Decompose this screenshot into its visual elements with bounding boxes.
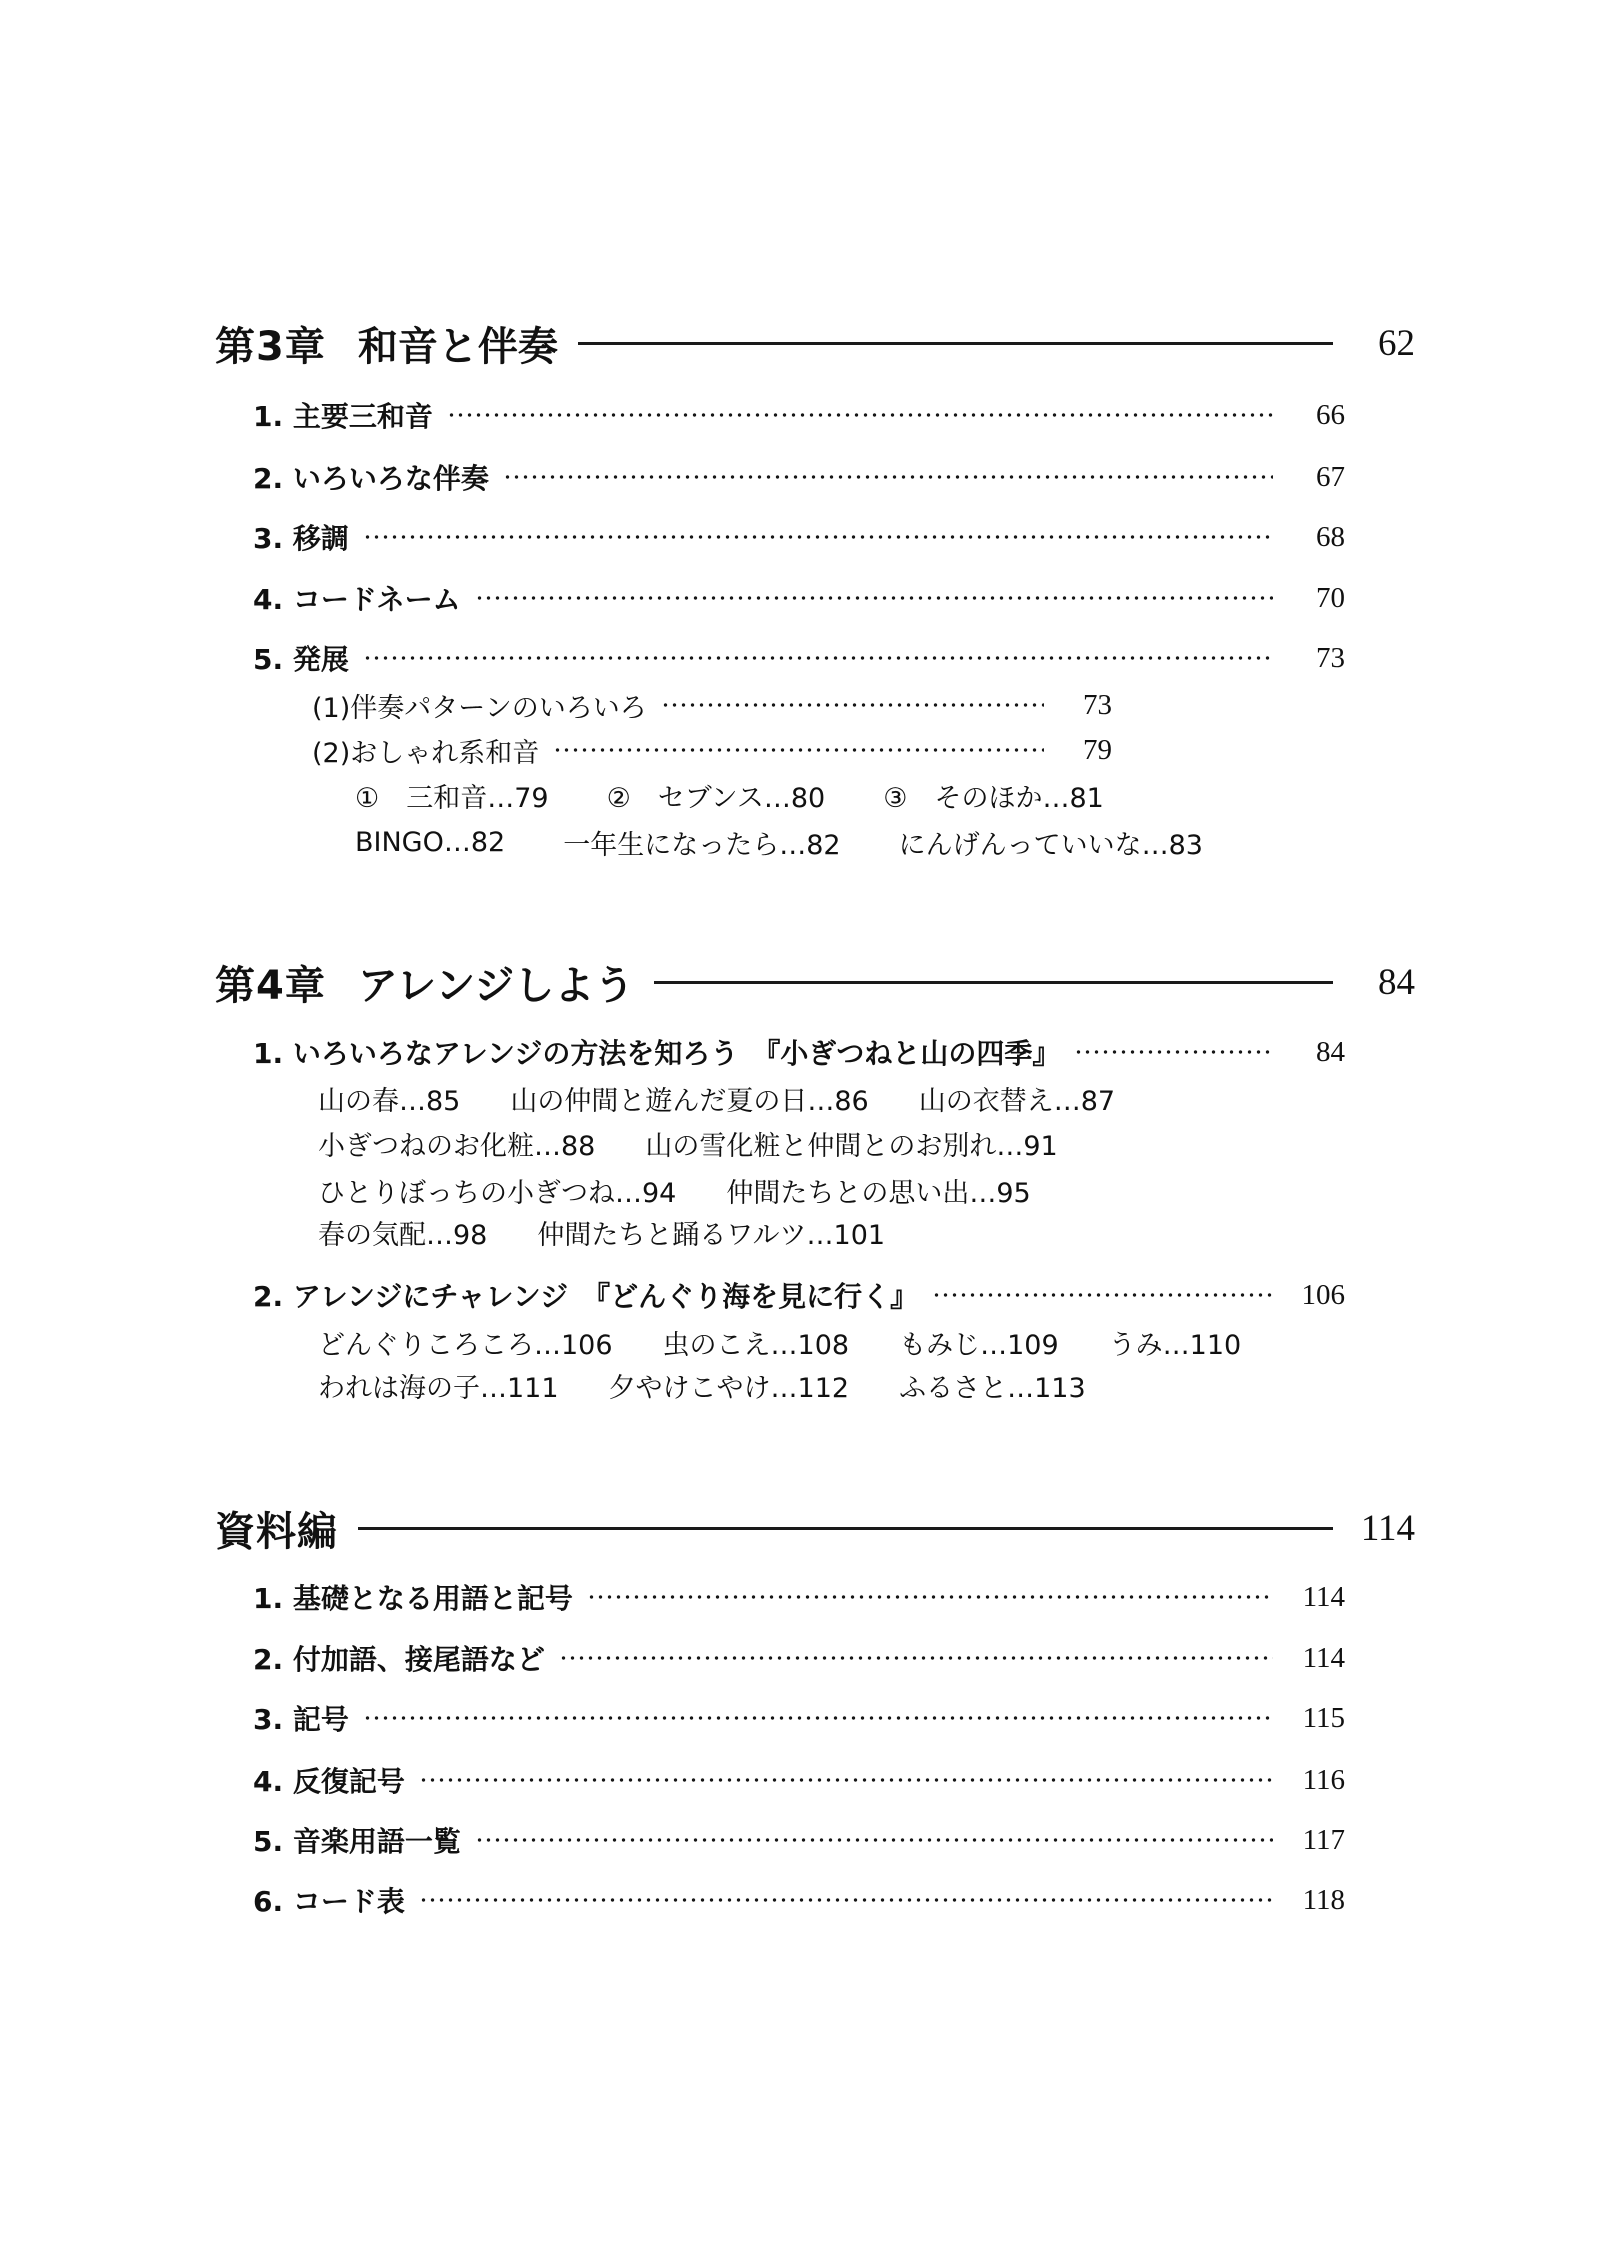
shiryo-heading: 資料編 114: [215, 1500, 1415, 1556]
entry-label: 3. 記号: [253, 1698, 349, 1738]
dot-leader: [661, 700, 1044, 710]
chapter4-title: アレンジしよう: [358, 954, 634, 1011]
toc-entry-shiryo-1: 1. 基礎となる用語と記号 114: [253, 1577, 1345, 1617]
dot-leader: [503, 472, 1273, 482]
entry-label: 4. コードネーム: [253, 578, 461, 618]
song-entry: 山の衣替え…87: [919, 1079, 1115, 1118]
chapter4-number: 第4章: [215, 954, 326, 1011]
subentry-label: (2)おしゃれ系和音: [312, 731, 539, 770]
entry-label: 6. コード表: [253, 1880, 405, 1920]
dot-leader: [447, 410, 1273, 420]
song-entry: 仲間たちと踊るワルツ…101: [537, 1213, 885, 1252]
entry-page-number: 66: [1289, 399, 1345, 432]
song-entry: BINGO…82: [355, 827, 505, 858]
song-entry: ふるさと…113: [899, 1366, 1086, 1405]
song-entry: ひとりぼっちの小ぎつね…94: [318, 1171, 676, 1210]
toc-entry-shiryo-3: 3. 記号 115: [253, 1698, 1345, 1738]
toc-song-line-ch3: BINGO…82 一年生になったら…82 にんげんっていいな…83: [355, 822, 1600, 862]
entry-label: 2. いろいろな伴奏: [253, 457, 489, 497]
toc-entry-ch3-2: 2. いろいろな伴奏 67: [253, 457, 1345, 497]
entry-page-number: 116: [1289, 1764, 1345, 1797]
entry-label: 4. 反復記号: [253, 1760, 405, 1800]
subentry-label: (1)伴奏パターンのいろいろ: [312, 686, 647, 725]
chapter4-heading: 第4章 アレンジしよう 84: [215, 954, 1415, 1010]
toc-page: 第3章 和音と伴奏 62 1. 主要三和音 66 2. いろいろな伴奏 67 3…: [0, 0, 1600, 2263]
toc-entry-shiryo-4: 4. 反復記号 116: [253, 1760, 1345, 1800]
song-entry: 小ぎつねのお化粧…88: [318, 1124, 595, 1163]
toc-song-line: 小ぎつねのお化粧…88 山の雪化粧と仲間とのお別れ…91: [318, 1123, 1600, 1163]
toc-subentry-ch3-2: (2)おしゃれ系和音 79: [312, 730, 1112, 770]
song-entry: 虫のこえ…108: [663, 1323, 850, 1362]
song-entry: われは海の子…111: [318, 1366, 559, 1405]
entry-label: 5. 音楽用語一覧: [253, 1820, 461, 1860]
song-entry: 山の雪化粧と仲間とのお別れ…91: [645, 1124, 1057, 1163]
entry-page-number: 70: [1289, 582, 1345, 615]
entry-page-number: 67: [1289, 461, 1345, 494]
circled-entry: ③ そのほか…81: [883, 776, 1104, 815]
toc-song-line: 山の春…85 山の仲間と遊んだ夏の日…86 山の衣替え…87: [318, 1078, 1600, 1118]
toc-song-line: われは海の子…111 夕やけこやけ…112 ふるさと…113: [318, 1365, 1600, 1405]
song-entry: 仲間たちとの思い出…95: [726, 1171, 1030, 1210]
dot-leader: [363, 1713, 1273, 1723]
toc-subentry-ch3-1: (1)伴奏パターンのいろいろ 73: [312, 685, 1112, 725]
dot-leader: [475, 1835, 1273, 1845]
subentry-page-number: 79: [1060, 734, 1112, 767]
circled-entry: ② セブンス…80: [607, 776, 826, 815]
song-entry: 山の仲間と遊んだ夏の日…86: [510, 1079, 868, 1118]
song-entry: にんげんっていいな…83: [899, 823, 1203, 862]
shiryo-page-number: 114: [1351, 1507, 1415, 1550]
dot-leader: [363, 532, 1273, 542]
subentry-page-number: 73: [1060, 689, 1112, 722]
song-entry: 一年生になったら…82: [563, 823, 840, 862]
toc-entry-shiryo-6: 6. コード表 118: [253, 1880, 1345, 1920]
entry-label: 1. いろいろなアレンジの方法を知ろう 『小ぎつねと山の四季』: [253, 1032, 1060, 1072]
entry-page-number: 118: [1289, 1884, 1345, 1917]
entry-page-number: 84: [1289, 1036, 1345, 1069]
dot-leader: [559, 1653, 1273, 1663]
entry-page-number: 114: [1289, 1642, 1345, 1675]
toc-song-line: ひとりぼっちの小ぎつね…94 仲間たちとの思い出…95: [318, 1170, 1600, 1210]
chapter3-page-number: 62: [1351, 322, 1415, 365]
toc-entry-ch4-2: 2. アレンジにチャレンジ 『どんぐり海を見に行く』 106: [253, 1275, 1345, 1315]
shiryo-rule: [358, 1527, 1333, 1530]
toc-entry-ch3-5: 5. 発展 73: [253, 638, 1345, 678]
song-entry: もみじ…109: [899, 1323, 1059, 1362]
song-entry: 春の気配…98: [318, 1213, 487, 1252]
chapter3-rule: [578, 342, 1333, 345]
song-entry: うみ…110: [1109, 1323, 1242, 1362]
entry-page-number: 114: [1289, 1581, 1345, 1614]
dot-leader: [419, 1775, 1273, 1785]
toc-entry-ch4-1: 1. いろいろなアレンジの方法を知ろう 『小ぎつねと山の四季』 84: [253, 1032, 1345, 1072]
toc-song-line: どんぐりころころ…106 虫のこえ…108 もみじ…109 うみ…110: [318, 1322, 1600, 1362]
song-entry: 山の春…85: [318, 1079, 460, 1118]
song-entry: 夕やけこやけ…112: [609, 1366, 850, 1405]
song-entry: どんぐりころころ…106: [318, 1323, 613, 1362]
toc-entry-shiryo-5: 5. 音楽用語一覧 117: [253, 1820, 1345, 1860]
chapter3-title: 和音と伴奏: [358, 315, 558, 372]
entry-page-number: 73: [1289, 642, 1345, 675]
dot-leader: [553, 745, 1044, 755]
dot-leader: [1074, 1047, 1273, 1057]
chapter4-page-number: 84: [1351, 961, 1415, 1004]
toc-entry-ch3-4: 4. コードネーム 70: [253, 578, 1345, 618]
entry-page-number: 68: [1289, 521, 1345, 554]
circled-entry: ① 三和音…79: [355, 776, 549, 815]
toc-song-line: 春の気配…98 仲間たちと踊るワルツ…101: [318, 1212, 1600, 1252]
entry-label: 2. 付加語、接尾語など: [253, 1638, 545, 1678]
dot-leader: [419, 1895, 1273, 1905]
dot-leader: [363, 653, 1273, 663]
entry-page-number: 115: [1289, 1702, 1345, 1735]
toc-entry-shiryo-2: 2. 付加語、接尾語など 114: [253, 1638, 1345, 1678]
entry-label: 3. 移調: [253, 517, 349, 557]
entry-page-number: 117: [1289, 1824, 1345, 1857]
dot-leader: [932, 1290, 1273, 1300]
toc-circled-line: ① 三和音…79 ② セブンス…80 ③ そのほか…81: [355, 775, 1600, 815]
entry-label: 1. 基礎となる用語と記号: [253, 1577, 573, 1617]
entry-label: 2. アレンジにチャレンジ 『どんぐり海を見に行く』: [253, 1275, 918, 1315]
chapter4-rule: [654, 981, 1333, 984]
dot-leader: [587, 1592, 1273, 1602]
shiryo-title: 資料編: [215, 1500, 338, 1557]
entry-label: 1. 主要三和音: [253, 395, 433, 435]
chapter3-number: 第3章: [215, 315, 326, 372]
entry-page-number: 106: [1289, 1279, 1345, 1312]
toc-entry-ch3-3: 3. 移調 68: [253, 517, 1345, 557]
dot-leader: [475, 593, 1273, 603]
chapter3-heading: 第3章 和音と伴奏 62: [215, 315, 1415, 371]
entry-label: 5. 発展: [253, 638, 349, 678]
toc-entry-ch3-1: 1. 主要三和音 66: [253, 395, 1345, 435]
